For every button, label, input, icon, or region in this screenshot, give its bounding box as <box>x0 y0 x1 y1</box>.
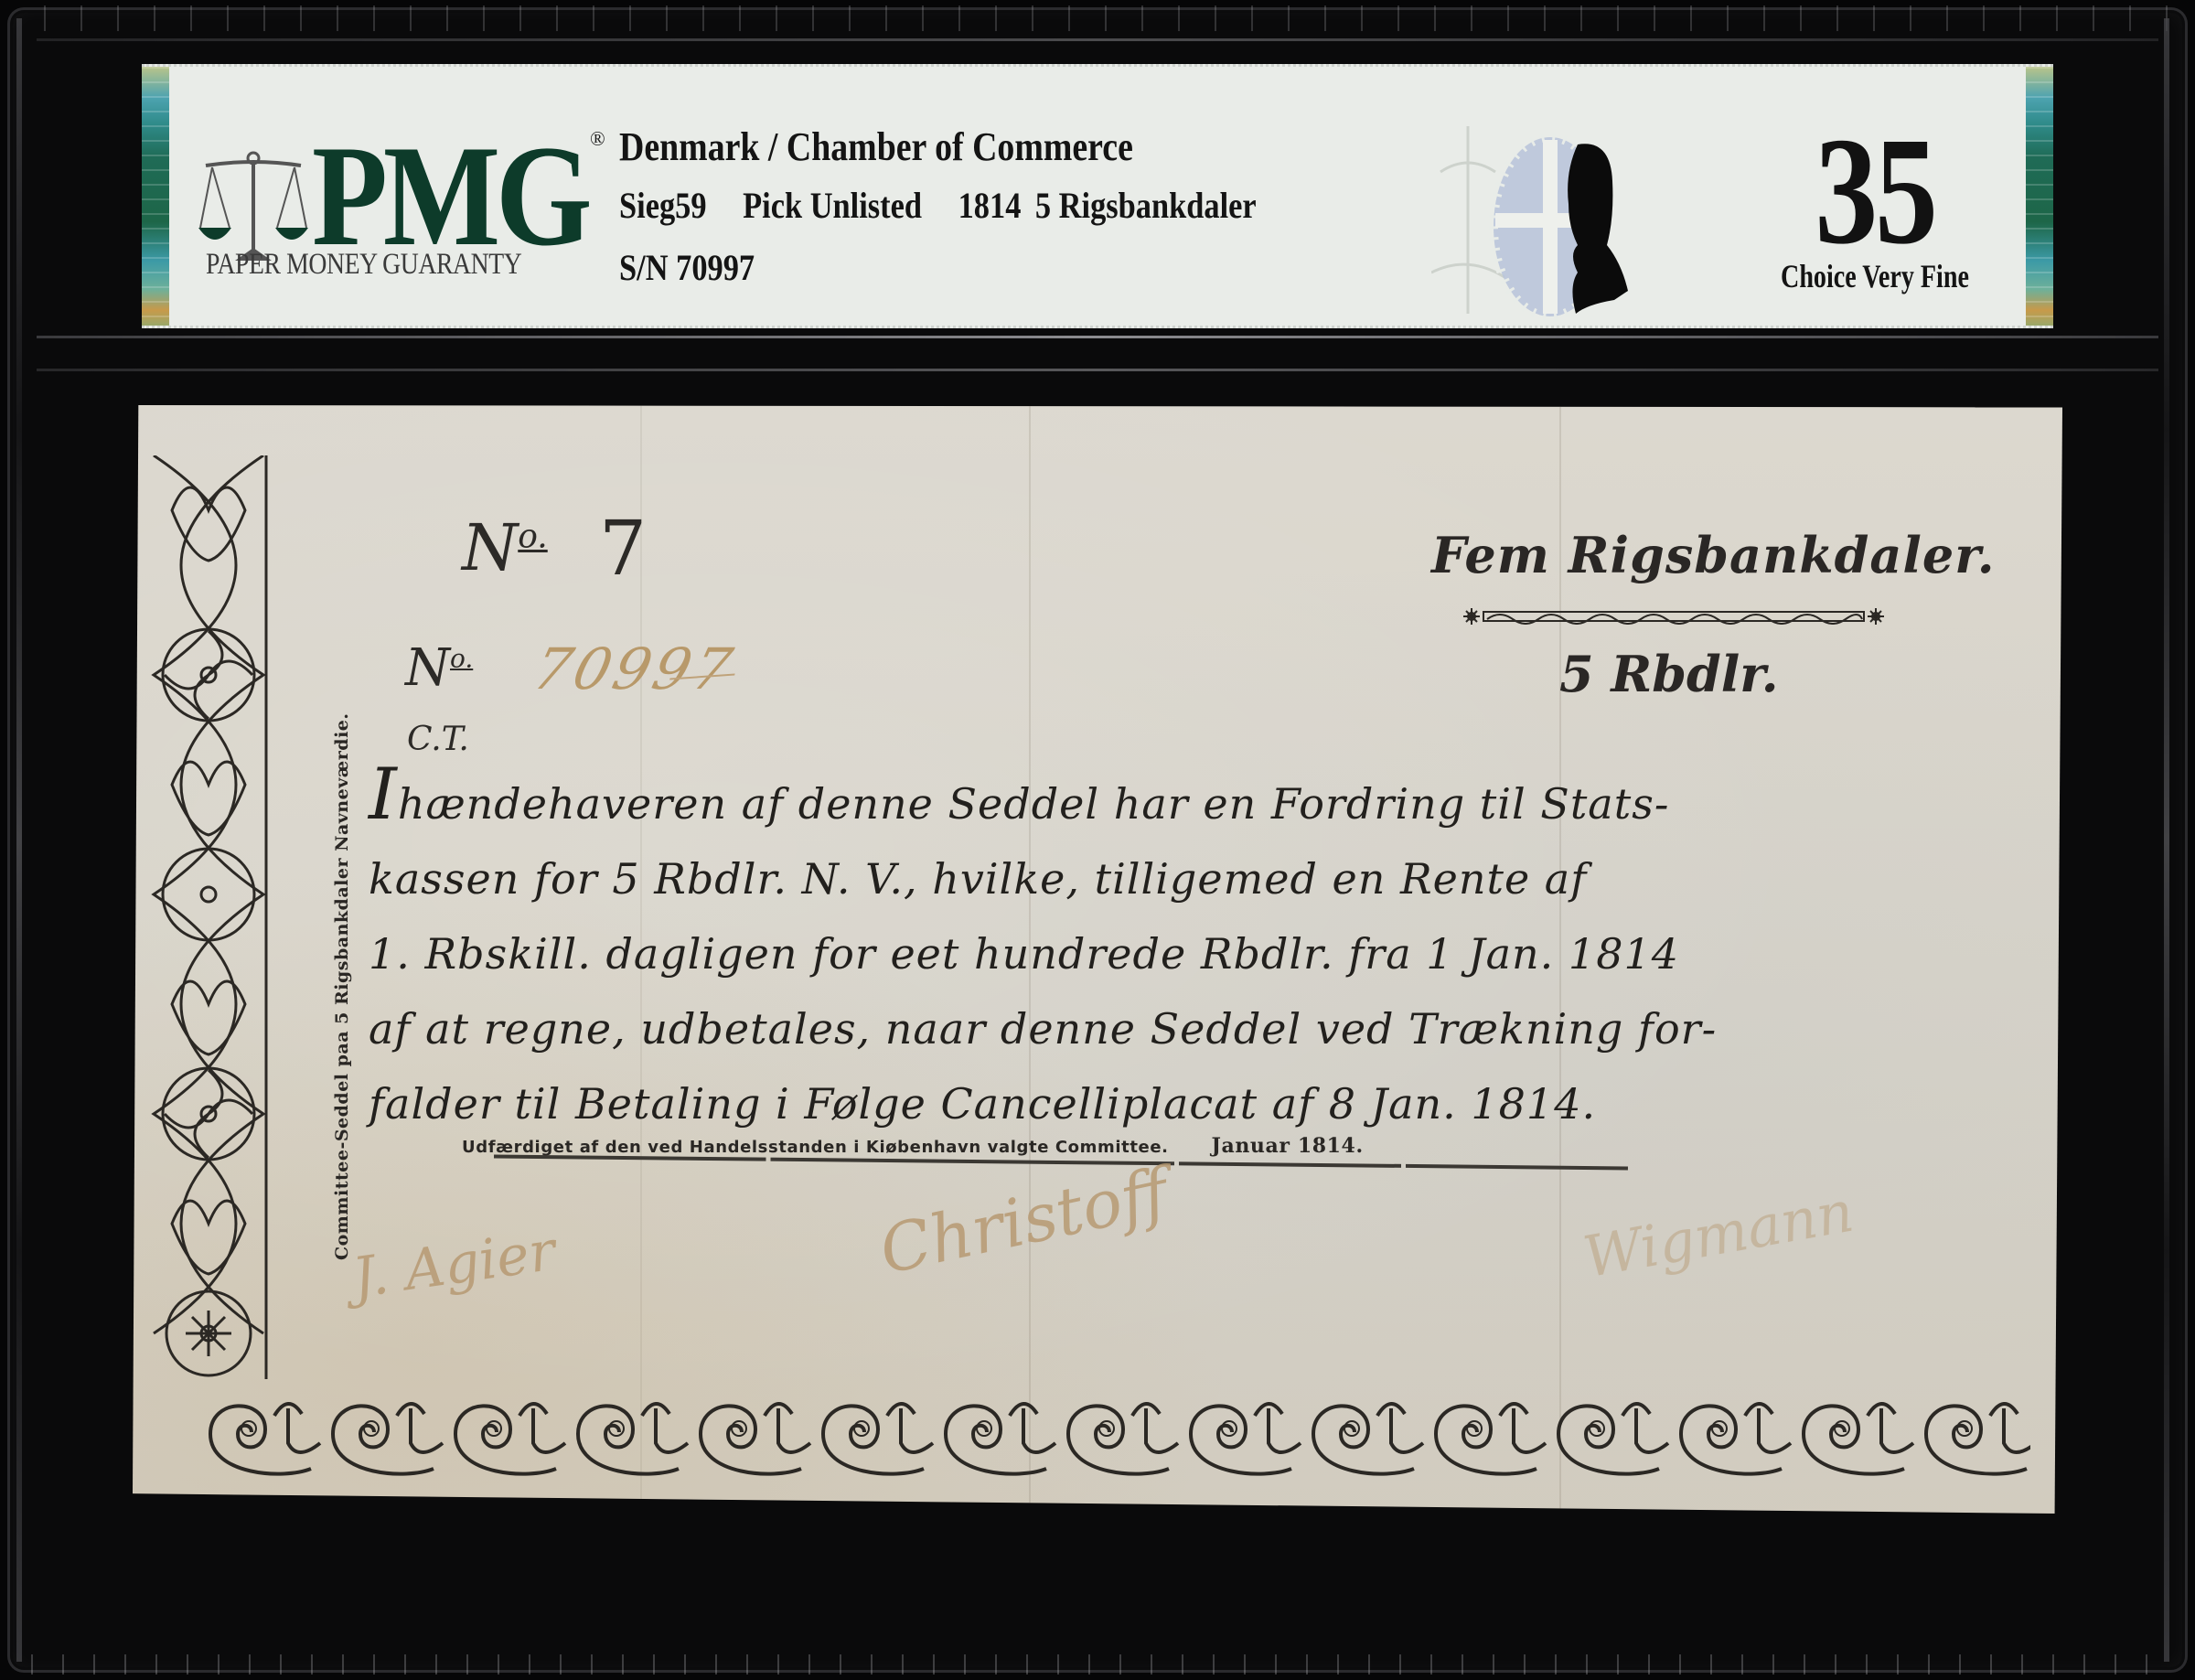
note-year: 1814 <box>958 185 1022 226</box>
issued-by-text: Udfærdiget af den ved Handelsstanden i K… <box>462 1138 1169 1157</box>
slab-edge <box>16 18 22 1662</box>
body-line: af at regne, udbetales, naar denne Sedde… <box>369 991 1969 1066</box>
issued-date: Januar 1814. <box>1211 1134 1363 1158</box>
pick-number: Pick Unlisted <box>743 185 922 226</box>
slab-crimp-top <box>27 5 2168 31</box>
scales-of-justice-icon <box>198 149 308 263</box>
series-number: 7 <box>599 506 647 593</box>
grade-number: 35 <box>1755 114 1995 268</box>
note-issuer-title: Denmark / Chamber of Commerce <box>619 123 1133 170</box>
body-line: Ihændehaveren af denne Seddel har en For… <box>369 757 1969 841</box>
body-line: falder til Betaling i Følge Cancelliplac… <box>369 1066 1969 1141</box>
note-denomination: 5 Rigsbankdaler <box>1035 185 1257 226</box>
banknote: Committee-Seddel paa 5 Rigsbankdaler Nav… <box>133 405 2062 1514</box>
ornamental-rule-icon <box>1463 608 1884 625</box>
ornamental-side-border-icon <box>149 455 268 1379</box>
signature-center: Christoff <box>873 1153 1175 1289</box>
note-body-text: Ihændehaveren af denne Seddel har en For… <box>369 757 1969 1141</box>
silhouette-emblem-icon <box>1431 117 1678 327</box>
signature-right: Wigmann <box>1579 1178 1858 1291</box>
slab-ridge <box>37 38 2158 41</box>
pmg-label: PMG ® PAPER MONEY GUARANTY Denmark / Cha… <box>142 64 2053 328</box>
series-number-label: No. <box>462 510 548 585</box>
slab-crimp-bottom <box>18 1654 2177 1675</box>
issued-by-line: Udfærdiget af den ved Handelsstanden i K… <box>462 1134 1468 1158</box>
slab-ridge <box>37 336 2158 338</box>
denomination-short: 5 Rbdlr. <box>1559 645 1779 703</box>
pmg-logo: PMG <box>198 117 633 263</box>
scroll-border-icon <box>192 1388 2030 1484</box>
denomination-words: Fem Rigsbankdaler. <box>1431 526 1996 584</box>
pmg-tagline: PAPER MONEY GUARANTY <box>206 248 521 282</box>
hologram-strip <box>142 67 169 326</box>
serial-number: S/N 70997 <box>619 246 755 289</box>
signature-left: J. Agier <box>348 1219 559 1311</box>
catalog-line: Sieg59Pick Unlisted18145 Rigsbankdaler <box>619 184 1292 227</box>
serial-prefix: No. <box>405 638 473 698</box>
grade-description: Choice Very Fine <box>1761 257 1989 295</box>
catalog-ref: Sieg59 <box>619 185 707 226</box>
slab-edge <box>2164 18 2169 1662</box>
registered-mark: ® <box>590 127 605 151</box>
side-caption: Committee-Seddel paa 5 Rigsbankdaler Nav… <box>332 565 352 1260</box>
body-line: kassen for 5 Rbdlr. N. V., hvilke, tilli… <box>369 841 1969 916</box>
body-line: 1. Rbskill. dagligen for eet hundrede Rb… <box>369 916 1969 991</box>
printer-initials: C.T. <box>407 721 469 758</box>
hologram-strip <box>2026 67 2053 326</box>
handwritten-serial: 70997 <box>527 636 742 702</box>
slab-ridge <box>37 369 2158 371</box>
